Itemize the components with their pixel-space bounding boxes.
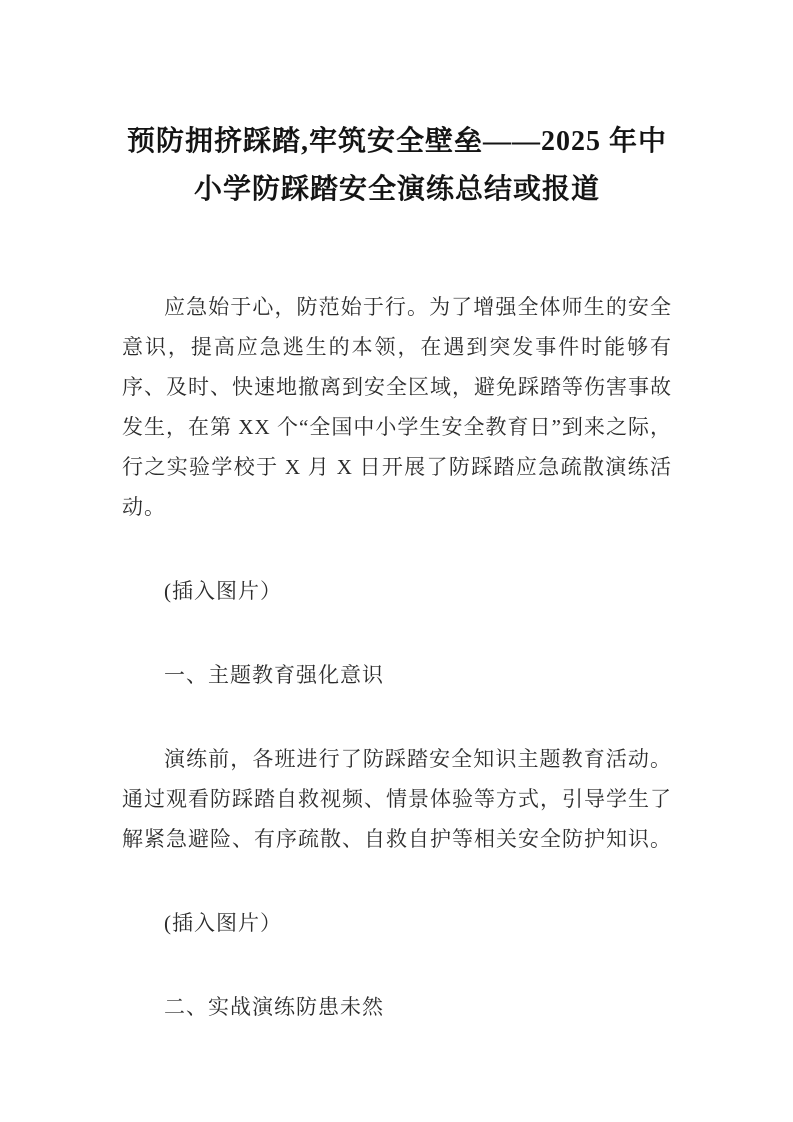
document-title: 预防拥挤踩踏,牢筑安全壁垒——2025 年中 小学防踩踏安全演练总结或报道 <box>122 118 672 214</box>
image-placeholder-1: (插入图片） <box>122 571 672 611</box>
document-title-line-1: 预防拥挤踩踏,牢筑安全壁垒——2025 年中 <box>127 126 667 157</box>
section-heading-1: 一、主题教育强化意识 <box>122 655 672 695</box>
paragraph-education: 演练前，各班进行了防踩踏安全知识主题教育活动。通过观看防踩踏自救视频、情景体验等… <box>122 739 672 859</box>
document-page: 预防拥挤踩踏,牢筑安全壁垒——2025 年中 小学防踩踏安全演练总结或报道 应急… <box>0 0 793 1122</box>
paragraph-intro: 应急始于心，防范始于行。为了增强全体师生的安全意识，提高应急逃生的本领，在遇到突… <box>122 287 672 527</box>
document-title-line-2: 小学防踩踏安全演练总结或报道 <box>194 174 600 205</box>
section-heading-2: 二、实战演练防患未然 <box>122 987 672 1027</box>
image-placeholder-2: (插入图片） <box>122 903 672 943</box>
